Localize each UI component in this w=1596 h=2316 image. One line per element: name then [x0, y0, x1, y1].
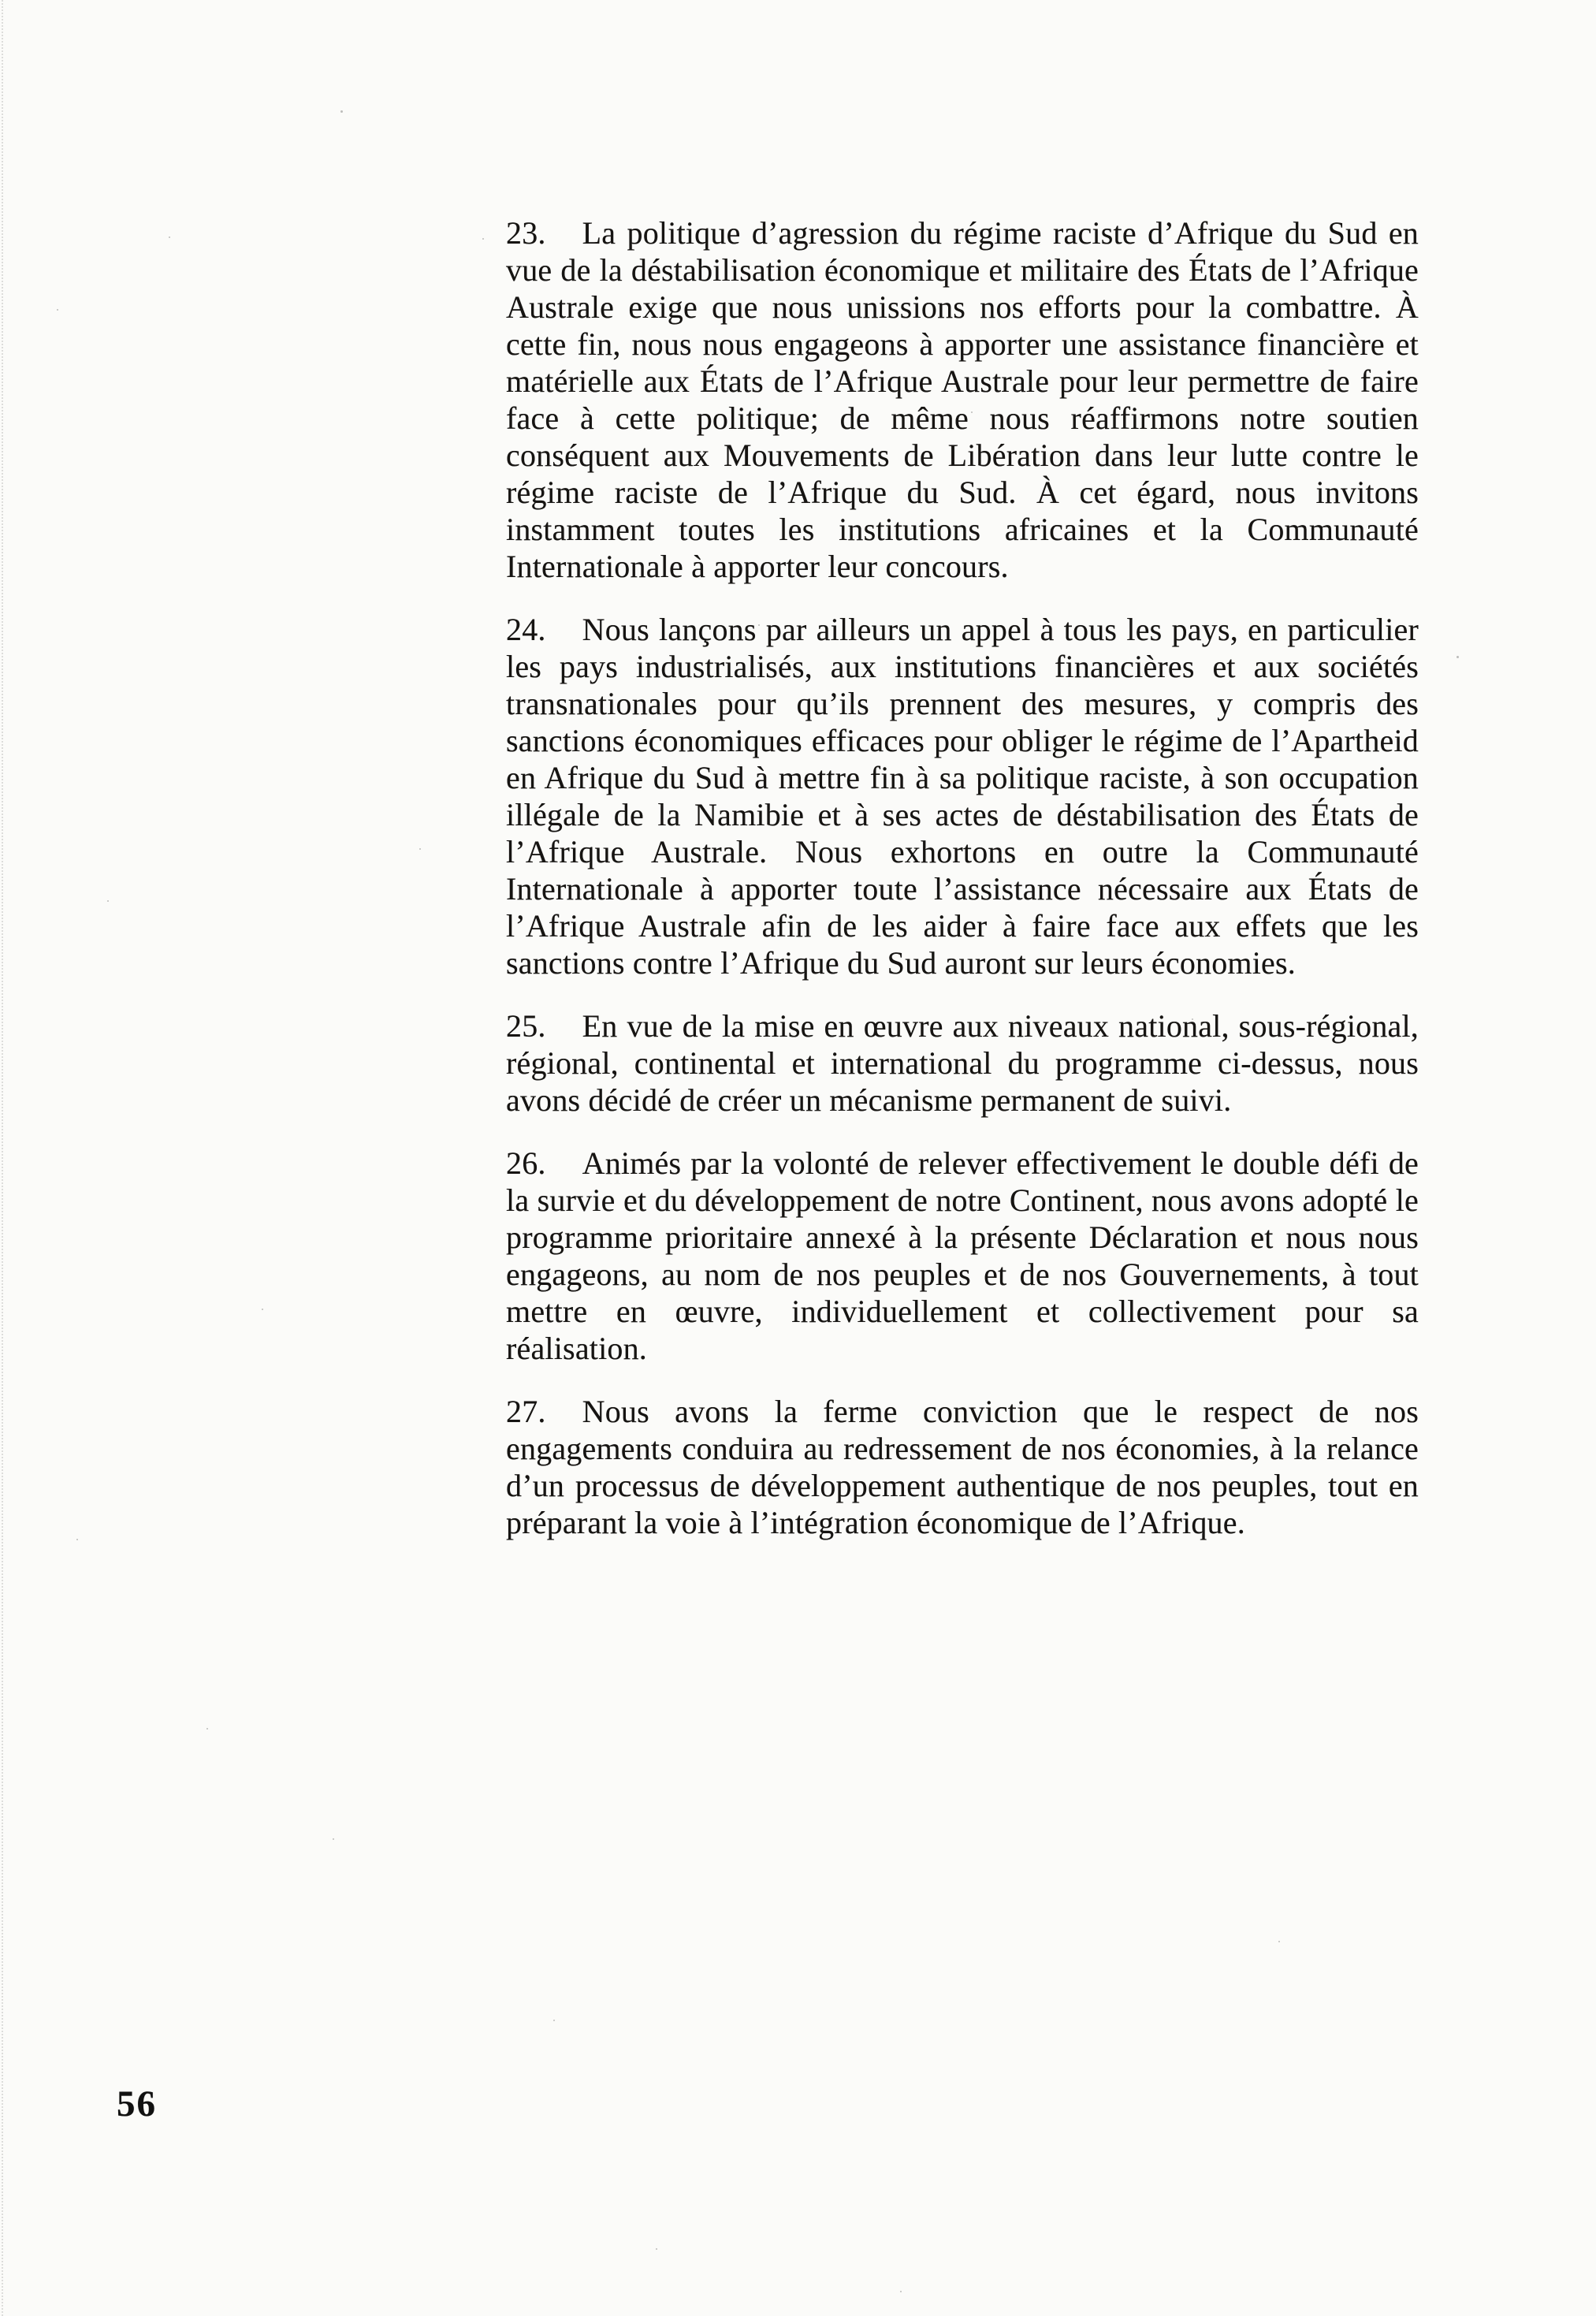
speckle-dot: [333, 1838, 334, 1840]
speckle-dot: [107, 900, 109, 902]
paragraph-26: 26.Animés par la volonté de relever effe…: [506, 1145, 1419, 1367]
speckle-dot: [76, 1539, 78, 1540]
paragraph-text: Nous avons la ferme conviction que le re…: [506, 1394, 1419, 1540]
paragraph-27: 27.Nous avons la ferme conviction que le…: [506, 1393, 1419, 1541]
scan-edge-artifacts: [2, 0, 3, 2316]
speckle-dot: [169, 236, 170, 238]
paragraph-number: 27.: [506, 1394, 546, 1429]
paragraph-number: 24.: [506, 612, 546, 647]
paragraph-number: 26.: [506, 1145, 546, 1181]
paragraph-23: 23.La politique d’agression du régime ra…: [506, 214, 1419, 585]
speckle-dot: [262, 1309, 263, 1310]
paragraph-24: 24.Nous lançons par ailleurs un appel à …: [506, 611, 1419, 981]
speckle-dot: [482, 238, 484, 240]
speckle-dot: [340, 110, 343, 113]
paragraph-text: En vue de la mise en œuvre aux niveaux n…: [506, 1008, 1419, 1118]
speckle-dot: [900, 2291, 902, 2292]
paragraph-25: 25.En vue de la mise en œuvre aux niveau…: [506, 1007, 1419, 1119]
speckle-dot: [1278, 1941, 1280, 1942]
paragraph-number: 23.: [506, 215, 546, 251]
speckle-dot: [1456, 656, 1459, 658]
speckle-dot: [57, 309, 58, 311]
speckle-dot: [553, 2020, 555, 2021]
paragraph-number: 25.: [506, 1008, 546, 1044]
paragraph-text: La politique d’agression du régime racis…: [506, 215, 1419, 584]
speckle-dot: [419, 848, 421, 850]
page-number: 56: [117, 2083, 157, 2125]
speckle-dot: [656, 2248, 657, 2250]
paragraph-text: Animés par la volonté de relever effecti…: [506, 1145, 1419, 1366]
paragraph-text: Nous lançons par ailleurs un appel à tou…: [506, 612, 1419, 981]
text-block: 23.La politique d’agression du régime ra…: [506, 214, 1419, 1541]
document-page: 23.La politique d’agression du régime ra…: [0, 0, 1596, 2316]
speckle-dot: [206, 1728, 208, 1730]
